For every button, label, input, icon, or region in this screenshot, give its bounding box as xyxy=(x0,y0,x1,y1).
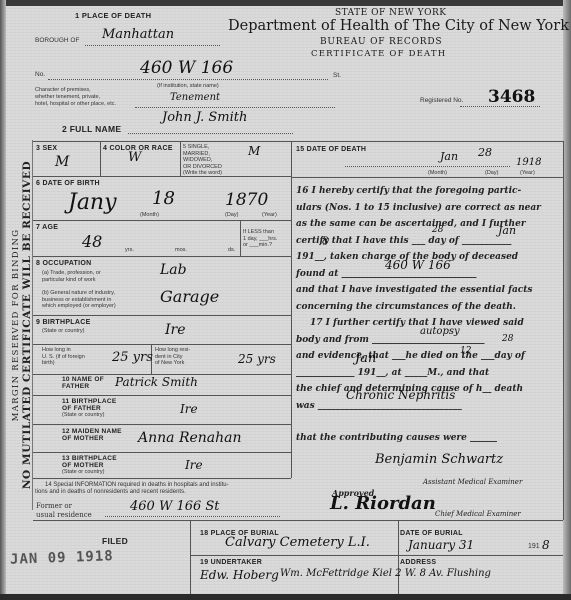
cert-line: concerning the circumstances of the deat… xyxy=(296,299,541,316)
cert-line: and that I have investigated the essenti… xyxy=(296,282,541,299)
father-label-line: FATHER xyxy=(62,383,104,390)
age-unit-yrs: yrs. xyxy=(125,247,134,254)
nyc-duration-label: How long resi- dent in City of New York xyxy=(155,347,190,367)
date-of-death-label: 15 DATE OF DEATH xyxy=(296,146,366,153)
contributing-causes-line: that the contributing causes were ______ xyxy=(296,433,497,443)
birthplace-label: 9 BIRTHPLACE xyxy=(36,319,91,326)
special-info-line2: tions and in deaths of nonresidents and … xyxy=(35,489,186,496)
special-info-line1: 14 Special INFORMATION required in death… xyxy=(45,482,229,489)
character-label-1: Character of premises, xyxy=(35,87,91,94)
undertaker-value: Edw. Hoberg xyxy=(200,568,279,582)
registered-no-label: Registered No. xyxy=(420,98,463,105)
undertaker-label: 19 UNDERTAKER xyxy=(200,559,262,566)
rule xyxy=(33,478,291,479)
cell-divider xyxy=(398,520,399,594)
rule xyxy=(33,220,291,221)
age-label: 7 AGE xyxy=(36,224,58,231)
rule xyxy=(291,141,563,142)
filed-label: FILED xyxy=(102,536,128,546)
margin-note-line1: MARGIN RESERVED FOR BINDING xyxy=(11,161,21,489)
date-of-death-line xyxy=(345,166,510,167)
industry-label-line: (b) General nature of industry, xyxy=(42,290,116,297)
marital-value: M xyxy=(248,144,260,158)
rule xyxy=(33,452,291,453)
found-at-value: 460 W 166 xyxy=(385,258,451,272)
birthplace-value: Ire xyxy=(165,322,186,338)
dob-year: 1870 xyxy=(225,190,268,210)
header-state: STATE OF NEW YORK xyxy=(335,8,446,18)
cert-line: 16 I hereby certify that the foregoing p… xyxy=(296,183,541,200)
cell-divider xyxy=(190,520,191,594)
header-bureau: BUREAU OF RECORDS xyxy=(320,37,442,47)
father-birthplace-label: 11 BIRTHPLACE OF FATHER (State or countr… xyxy=(62,398,116,419)
rule xyxy=(33,141,291,142)
mother-birthplace-label-line: 13 BIRTHPLACE xyxy=(62,455,117,462)
place-of-death-section-label: 1 PLACE OF DEATH xyxy=(75,11,151,20)
rule xyxy=(33,395,291,396)
death-certificate: MARGIN RESERVED FOR BINDING NO MUTILATED… xyxy=(0,0,571,600)
former-residence-value: 460 W 166 St xyxy=(130,499,220,514)
color-value: W xyxy=(128,150,141,165)
cert-day-value: 28 xyxy=(432,225,443,235)
date-of-death-month: Jan xyxy=(440,150,458,163)
filed-date-stamp: JAN 09 1918 xyxy=(10,548,114,568)
dob-month: Jany xyxy=(68,190,117,215)
rule xyxy=(33,176,291,177)
rule xyxy=(291,177,563,178)
header-certificate-type: CERTIFICATE OF DEATH xyxy=(311,49,446,59)
nyc-label-line: How long resi- xyxy=(155,347,190,354)
father-name-value: Patrick Smith xyxy=(115,375,198,389)
us-label-line: birth) xyxy=(42,360,85,367)
dob-year-caption: (Year) xyxy=(262,212,277,219)
cert-line: 17 I further certify that I have viewed … xyxy=(296,315,541,332)
character-label-3: hotel, hospital or other place, etc. xyxy=(35,101,116,108)
date-of-burial-label: DATE OF BURIAL xyxy=(400,530,463,537)
father-birthplace-label-line: OF FATHER xyxy=(62,405,116,412)
died-time-value: 12 xyxy=(460,346,471,356)
character-value: Tenement xyxy=(170,92,220,103)
borough-value: Manhattan xyxy=(102,27,174,42)
institution-note: (If institution, state name) xyxy=(157,83,219,90)
registered-no-value: 3468 xyxy=(488,87,535,107)
street-no-line xyxy=(48,79,328,80)
mother-name-label: 12 MAIDEN NAME OF MOTHER xyxy=(62,428,122,442)
died-month-value: Jan xyxy=(355,351,376,366)
rule xyxy=(33,344,291,345)
cert-line: ulars (Nos. 1 to 15 inclusive) are corre… xyxy=(296,200,541,217)
borough-label: BOROUGH OF xyxy=(35,38,79,45)
dod-year-caption: (Year) xyxy=(520,170,535,177)
former-residence-label-line: Former or xyxy=(36,502,92,511)
burial-year-prefix: 191 xyxy=(528,544,540,551)
dod-day-caption: (Day) xyxy=(485,170,498,177)
mother-label-line: OF MOTHER xyxy=(62,435,122,442)
rule xyxy=(33,424,291,425)
assistant-examiner-title: Assistant Medical Examiner xyxy=(423,478,522,486)
former-residence-line xyxy=(105,516,280,517)
cell-divider xyxy=(100,141,101,176)
date-of-burial-value: January 31 xyxy=(408,538,474,552)
mother-label-line: 12 MAIDEN NAME xyxy=(62,428,122,435)
us-duration-value: 25 yrs xyxy=(112,350,153,365)
father-birthplace-value: Ire xyxy=(180,402,198,416)
st-label: St. xyxy=(333,73,341,80)
trade-label-line: particular kind of work xyxy=(42,277,101,284)
cell-divider xyxy=(240,220,241,256)
father-label-line: 10 NAME OF xyxy=(62,376,104,383)
age-value: 48 xyxy=(82,232,102,251)
less-than-line: If LESS than xyxy=(243,229,277,236)
rule xyxy=(33,256,291,257)
date-of-death-year: 1918 xyxy=(516,157,541,168)
sex-label: 3 SEX xyxy=(36,145,57,152)
certification-block: 16 I hereby certify that the foregoing p… xyxy=(296,183,541,414)
margin-divider xyxy=(32,140,33,510)
dob-day: 18 xyxy=(152,188,175,209)
character-label-2: whether tenement, private, xyxy=(35,94,100,101)
character-line xyxy=(135,107,335,108)
trade-label-line: (a) Trade, profession, or xyxy=(42,270,101,277)
less-than-line: or ___min.? xyxy=(243,242,277,249)
scan-edge-top xyxy=(0,0,571,6)
birthplace-sub-label: (State or country) xyxy=(42,328,85,335)
address-label: ADDRESS xyxy=(400,559,436,566)
rule xyxy=(33,520,563,521)
assistant-examiner-signature: Benjamin Schwartz xyxy=(375,452,503,467)
street-no-label: No. xyxy=(35,72,45,79)
age-unit-ds: ds. xyxy=(228,247,235,254)
date-of-death-day: 28 xyxy=(478,146,492,159)
borough-line xyxy=(85,45,220,46)
undertaker-address-value: Wm. McFettridge Kiel 2 W. 8 Av. Flushing xyxy=(280,568,491,579)
dod-month-caption: (Month) xyxy=(428,170,447,177)
full-name-label: 2 FULL NAME xyxy=(62,124,121,134)
dob-day-caption: (Day) xyxy=(225,212,238,219)
age-unit-mos: mos. xyxy=(175,247,187,254)
chief-examiner-signature: L. Riordan xyxy=(330,493,436,514)
burial-year-suffix: 8 xyxy=(542,538,550,552)
father-birthplace-label-line: (State or country) xyxy=(62,412,116,419)
mother-birthplace-value: Ire xyxy=(185,458,203,472)
mother-birthplace-label: 13 BIRTHPLACE OF MOTHER (State or countr… xyxy=(62,455,117,476)
cause-of-death-value: Chronic Nephritis xyxy=(346,388,455,402)
less-than-day-note: If LESS than 1 day, ___hrs. or ___min.? xyxy=(243,229,277,249)
sex-value: M xyxy=(55,154,69,170)
father-birthplace-label-line: 11 BIRTHPLACE xyxy=(62,398,116,405)
right-border xyxy=(563,141,564,520)
mother-birthplace-label-line: (State or country) xyxy=(62,469,117,476)
scan-edge-bottom xyxy=(0,594,571,600)
industry-value: Garage xyxy=(160,287,219,306)
full-name-value: John J. Smith xyxy=(162,110,247,125)
cert-year-suffix: 8 xyxy=(322,236,328,247)
industry-label: (b) General nature of industry, business… xyxy=(42,290,116,310)
cert-month-value: Jan xyxy=(498,224,516,237)
column-divider xyxy=(291,141,292,478)
marital-label-line: (Write the word) xyxy=(183,170,222,177)
mother-name-value: Anna Renahan xyxy=(138,430,242,446)
place-of-burial-value: Calvary Cemetery L.I. xyxy=(225,535,370,550)
viewed-from-value: autopsy xyxy=(420,326,460,337)
trade-value: Lab xyxy=(160,262,187,278)
mother-birthplace-label-line: OF MOTHER xyxy=(62,462,117,469)
cell-divider xyxy=(180,141,181,176)
nyc-label-line: of New York xyxy=(155,360,190,367)
full-name-line xyxy=(128,133,293,134)
cert-line: and evidence, that ___he died on the ___… xyxy=(296,348,541,365)
rule xyxy=(190,555,563,556)
dob-label: 6 DATE OF BIRTH xyxy=(36,180,100,187)
street-no-value: 460 W 166 xyxy=(140,58,233,78)
cert-line: _____________ 191__, at _____M., and tha… xyxy=(296,365,541,382)
industry-label-line: which employed (or employer) xyxy=(42,303,116,310)
header-department: Department of Health of The City of New … xyxy=(228,18,569,34)
registered-no-line xyxy=(460,106,540,107)
dob-month-caption: (Month) xyxy=(140,212,159,219)
chief-examiner-title: Chief Medical Examiner xyxy=(435,510,521,518)
trade-label: (a) Trade, profession, or particular kin… xyxy=(42,270,101,283)
died-day-value: 28 xyxy=(502,334,513,344)
scan-edge-right xyxy=(563,0,571,600)
father-name-label: 10 NAME OF FATHER xyxy=(62,376,104,390)
rule xyxy=(33,315,291,316)
former-residence-label: Former or usual residence xyxy=(36,502,92,520)
former-residence-label-line: usual residence xyxy=(36,511,92,520)
occupation-label: 8 OCCUPATION xyxy=(36,260,91,267)
marital-label: 5 SINGLE, MARRIED, WIDOWED, OR DIVORCED … xyxy=(183,144,222,177)
nyc-duration-value: 25 yrs xyxy=(238,352,276,366)
us-duration-label: How long in U. S. (if of foreign birth) xyxy=(42,347,85,367)
